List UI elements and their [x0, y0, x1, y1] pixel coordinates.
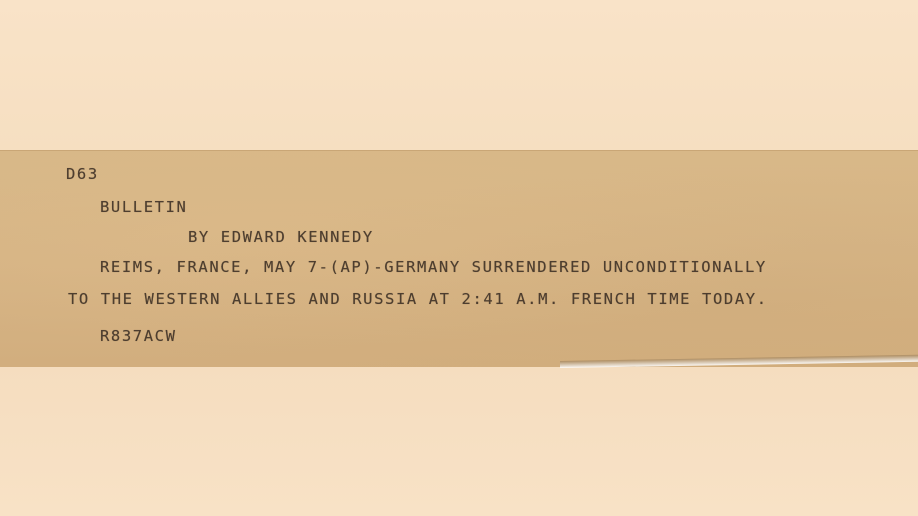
background-top — [0, 0, 918, 150]
bulletin-heading: BULLETIN — [100, 198, 187, 216]
body-text: TO THE WESTERN ALLIES AND RUSSIA AT 2:41… — [68, 290, 768, 308]
byline: BY EDWARD KENNEDY — [188, 228, 374, 246]
transmission-code: R837ACW — [100, 327, 177, 345]
message-code: D63 — [66, 165, 99, 183]
background-bottom — [0, 366, 918, 516]
dateline-text: REIMS, FRANCE, MAY 7-(AP)-GERMANY SURREN… — [100, 258, 767, 276]
